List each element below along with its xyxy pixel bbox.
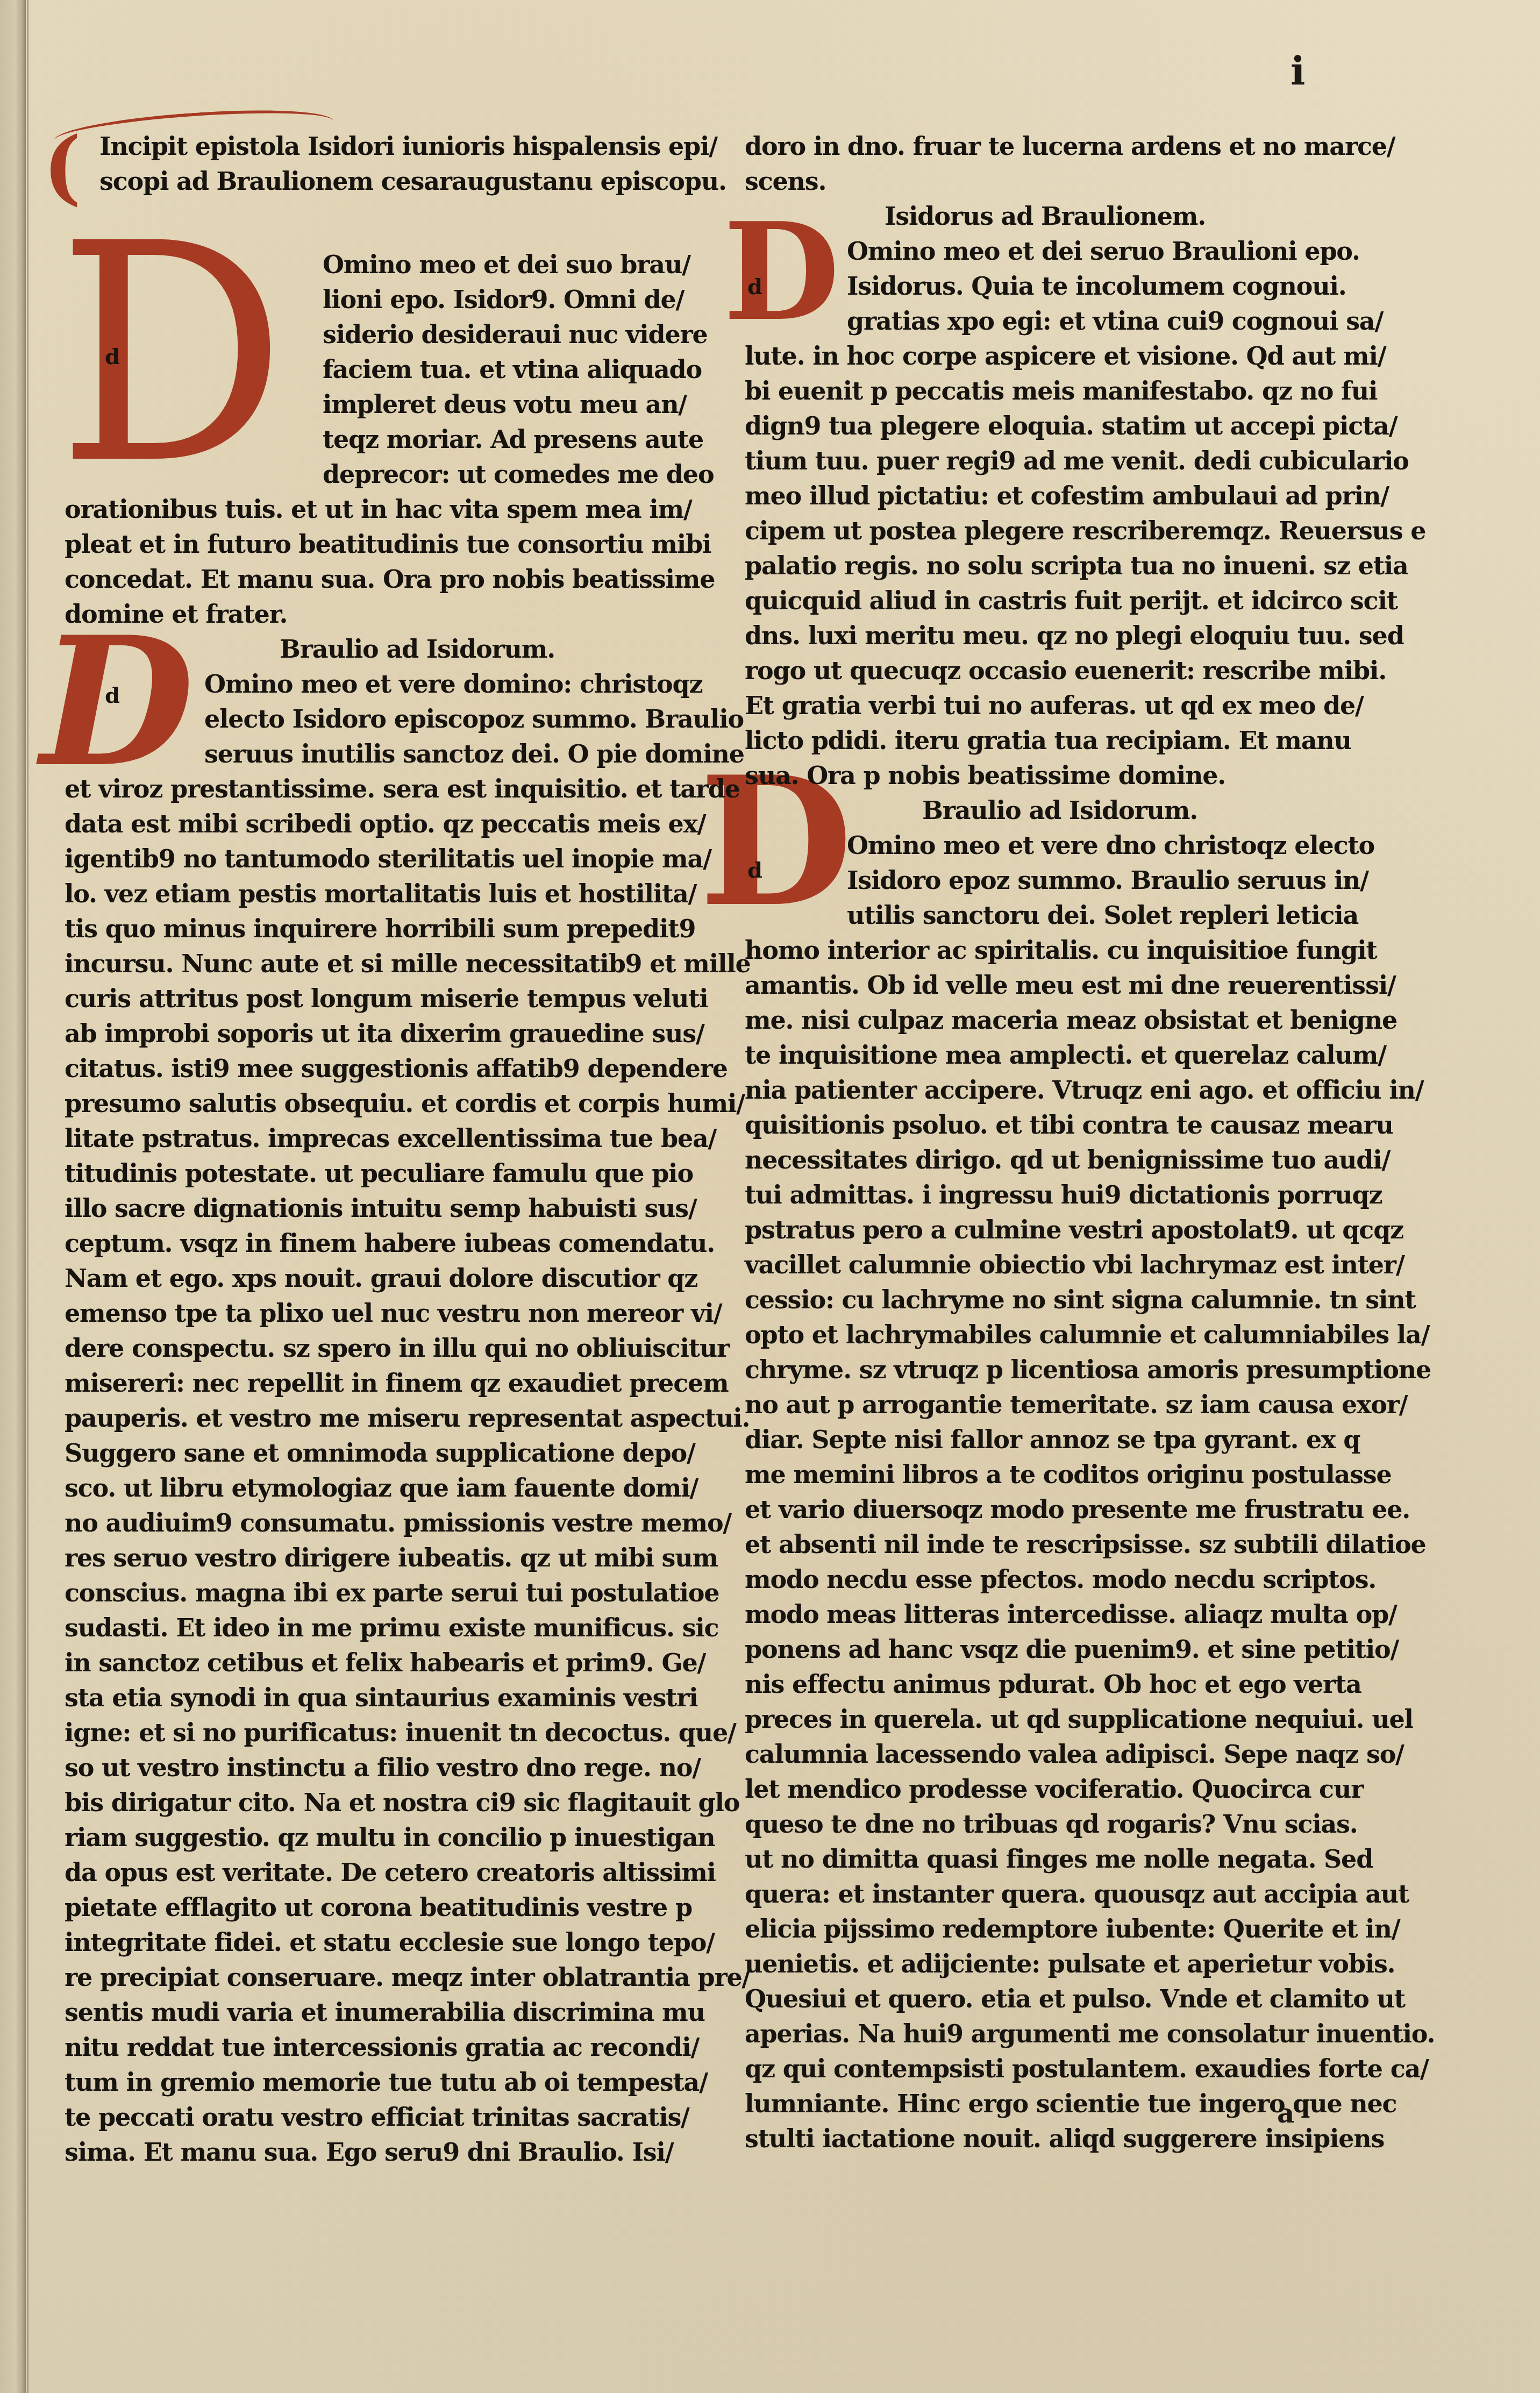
- text-line: dere conspectu. sz spero in illu qui no …: [32, 1331, 686, 1366]
- text-line: illo sacre dignationis intuitu semp habu…: [32, 1191, 686, 1226]
- text-line: presumo salutis obsequiu. et cordis et c…: [32, 1086, 686, 1121]
- text-line: sco. ut libru etymologiaz que iam fauent…: [32, 1471, 686, 1506]
- text-line: me. nisi culpaz maceria meaz obsistat et…: [745, 1003, 1309, 1038]
- text-line: tui admittas. i ingressu hui9 dictationi…: [745, 1178, 1309, 1213]
- text-line: ut no dimitta quasi finges me nolle nega…: [745, 1842, 1309, 1877]
- text-line: Et gratia verbi tui no auferas. ut qd ex…: [745, 688, 1309, 723]
- text-line: igentib9 no tantumodo sterilitatis uel i…: [32, 842, 686, 877]
- text-line: me memini libros a te coditos originu po…: [745, 1457, 1309, 1492]
- text-line: incursu. Nunc aute et si mille necessita…: [32, 946, 686, 981]
- text-line: cessio: cu lachryme no sint signa calumn…: [745, 1283, 1309, 1317]
- text-line: opto et lachrymabiles calumnie et calumn…: [745, 1317, 1309, 1352]
- incipit-line: scopi ad Braulionem cesaraugustanu episc…: [32, 164, 686, 199]
- text-line: sima. Et manu sua. Ego seru9 dni Braulio…: [32, 2135, 686, 2170]
- text-line: bis dirigatur cito. Na et nostra ci9 sic…: [32, 1785, 686, 1820]
- text-line: concedat. Et manu sua. Ora pro nobis bea…: [32, 562, 686, 597]
- text-line: nia patienter accipere. Vtruqz eni ago. …: [745, 1073, 1309, 1108]
- text-line: lo. vez etiam pestis mortalitatis luis e…: [32, 877, 686, 911]
- text-line: pauperis. et vestro me miseru representa…: [32, 1401, 686, 1436]
- text-line: ponens ad hanc vsqz die puenim9. et sine…: [745, 1632, 1309, 1667]
- text-line: et viroz prestantissime. sera est inquis…: [32, 772, 686, 807]
- text-line: Omino meo et dei suo brau/: [32, 247, 686, 282]
- text-line: doro in dno. fruar te lucerna ardens et …: [745, 129, 1309, 164]
- text-line: siderio desideraui nuc videre: [32, 317, 686, 352]
- text-line: seruus inutilis sanctoz dei. O pie domin…: [32, 737, 686, 772]
- text-line: sta etia synodi in qua sintaurius examin…: [32, 1680, 686, 1715]
- text-line: pleat et in futuro beatitudinis tue cons…: [32, 527, 686, 562]
- book-page: i ( D d D d D d D d Incipit epistola Isi…: [0, 0, 1540, 2393]
- text-line: re precipiat conseruare. meqz inter obla…: [32, 1960, 686, 1995]
- text-line: orationibus tuis. et ut in hac vita spem…: [32, 492, 686, 527]
- text-line: lioni epo. Isidor9. Omni de/: [32, 282, 686, 317]
- section-heading: Braulio ad Isidorum.: [32, 632, 686, 667]
- text-line: et absenti nil inde te rescripsisse. sz …: [745, 1527, 1309, 1562]
- text-line: stulti iactatione nouit. aliqd suggerere…: [745, 2121, 1309, 2156]
- text-line: te peccati oratu vestro efficiat trinita…: [32, 2100, 686, 2135]
- text-line: pstratus pero a culmine vestri apostolat…: [745, 1213, 1309, 1248]
- left-column: Incipit epistola Isidori iunioris hispal…: [32, 129, 686, 2170]
- text-line: electo Isidoro episcopoz summo. Braulio: [32, 702, 686, 737]
- text-line: modo necdu esse pfectos. modo necdu scri…: [745, 1562, 1309, 1597]
- text-line: elicia pijssimo redemptore iubente: Quer…: [745, 1912, 1309, 1947]
- text-line: homo interior ac spiritalis. cu inquisit…: [745, 933, 1309, 968]
- text-line: quicquid aliud in castris fuit perijt. e…: [745, 583, 1309, 618]
- text-line: sentis mudi varia et inumerabilia discri…: [32, 1995, 686, 2030]
- text-line: impleret deus votu meu an/: [32, 387, 686, 422]
- text-line: deprecor: ut comedes me deo: [32, 457, 686, 492]
- text-line: so ut vestro instinctu a filio vestro dn…: [32, 1750, 686, 1785]
- right-column: doro in dno. fruar te lucerna ardens et …: [745, 129, 1309, 2156]
- text-line: conscius. magna ibi ex parte serui tui p…: [32, 1576, 686, 1611]
- text-line: let mendico prodesse vociferatio. Quocir…: [745, 1772, 1309, 1807]
- text-line: tum in gremio memorie tue tutu ab oi tem…: [32, 2065, 686, 2100]
- text-line: modo meas litteras intercedisse. aliaqz …: [745, 1597, 1309, 1632]
- text-line: meo illud pictatiu: et cofestim ambulaui…: [745, 479, 1309, 514]
- text-line: no audiuim9 consumatu. pmissionis vestre…: [32, 1506, 686, 1541]
- text-line: Quesiui et quero. etia et pulso. Vnde et…: [745, 1982, 1309, 2017]
- text-line: amantis. Ob id velle meu est mi dne reue…: [745, 968, 1309, 1003]
- text-line: licto pdidi. iteru gratia tua recipiam. …: [745, 723, 1309, 758]
- text-line: curis attritus post longum miserie tempu…: [32, 981, 686, 1016]
- page-edge-line: [27, 0, 28, 2393]
- text-line: utilis sanctoru dei. Solet repleri letic…: [745, 898, 1309, 933]
- text-line: Isidorus. Quia te incolumem cognoui.: [745, 269, 1309, 304]
- text-line: preces in querela. ut qd supplicatione n…: [745, 1702, 1309, 1737]
- text-line: diar. Septe nisi fallor annoz se tpa gyr…: [745, 1422, 1309, 1457]
- text-line: calumnia lacessendo valea adipisci. Sepe…: [745, 1737, 1309, 1772]
- text-line: Omino meo et dei seruo Braulioni epo.: [745, 234, 1309, 269]
- text-line: misereri: nec repellit in finem qz exaud…: [32, 1366, 686, 1401]
- section-heading: Braulio ad Isidorum.: [745, 793, 1309, 828]
- quire-signature: a: [1277, 2097, 1294, 2129]
- text-line: data est mibi scribedi optio. qz peccati…: [32, 807, 686, 842]
- text-line: igne: et si no purificatus: inuenit tn d…: [32, 1715, 686, 1750]
- text-line: integritate fidei. et statu ecclesie sue…: [32, 1925, 686, 1960]
- text-line: Isidoro epoz summo. Braulio seruus in/: [745, 863, 1309, 898]
- text-line: rogo ut quecuqz occasio euenerit: rescri…: [745, 653, 1309, 688]
- text-line: Omino meo et vere dno christoqz electo: [745, 828, 1309, 863]
- text-line: ab improbi soporis ut ita dixerim graued…: [32, 1016, 686, 1051]
- text-line: titudinis potestate. ut peculiare famulu…: [32, 1156, 686, 1191]
- text-line: gratias xpo egi: et vtina cui9 cognoui s…: [745, 304, 1309, 339]
- text-line: nis effectu animus pdurat. Ob hoc et ego…: [745, 1667, 1309, 1702]
- section-heading: Isidorus ad Braulionem.: [745, 199, 1309, 234]
- text-line: queso te dne no tribuas qd rogaris? Vnu …: [745, 1807, 1309, 1842]
- text-line: domine et frater.: [32, 597, 686, 632]
- text-line: chryme. sz vtruqz p licentiosa amoris pr…: [745, 1352, 1309, 1387]
- text-line: scens.: [745, 164, 1309, 199]
- text-line: bi euenit p peccatis meis manifestabo. q…: [745, 374, 1309, 409]
- incipit: Incipit epistola Isidori iunioris hispal…: [32, 129, 686, 199]
- letter-braulio-to-isidore-2: Omino meo et vere dno christoqz electo I…: [745, 828, 1309, 2156]
- letter-braulio-to-isidore-1: Omino meo et vere domino: christoqz elec…: [32, 667, 686, 2170]
- text-line: litate pstratus. imprecas excellentissim…: [32, 1121, 686, 1156]
- text-line: cipem ut postea plegere rescriberemqz. R…: [745, 514, 1309, 549]
- text-line: faciem tua. et vtina aliquado: [32, 352, 686, 387]
- text-line: Nam et ego. xps nouit. graui dolore disc…: [32, 1261, 686, 1296]
- text-line: no aut p arrogantie temeritate. sz iam c…: [745, 1387, 1309, 1422]
- text-line: quera: et instanter quera. quousqz aut a…: [745, 1877, 1309, 1912]
- text-line: tium tuu. puer regi9 ad me venit. dedi c…: [745, 444, 1309, 479]
- text-line: Suggero sane et omnimoda supplicatione d…: [32, 1436, 686, 1471]
- letter-isidore-to-braulio: Omino meo et dei suo brau/ lioni epo. Is…: [32, 247, 686, 632]
- text-line: uenietis. et adijciente: pulsate et aper…: [745, 1947, 1309, 1982]
- text-line: in sanctoz cetibus et felix habearis et …: [32, 1646, 686, 1680]
- text-line: vacillet calumnie obiectio vbi lachrymaz…: [745, 1248, 1309, 1283]
- folio-number: i: [1291, 48, 1305, 94]
- text-line: nitu reddat tue intercessionis gratia ac…: [32, 2030, 686, 2065]
- text-line: et vario diuersoqz modo presente me frus…: [745, 1492, 1309, 1527]
- text-line: emenso tpe ta plixo uel nuc vestru non m…: [32, 1296, 686, 1331]
- incipit-line: Incipit epistola Isidori iunioris hispal…: [32, 129, 686, 164]
- text-line: Omino meo et vere domino: christoqz: [32, 667, 686, 702]
- text-line: sudasti. Et ideo in me primu existe muni…: [32, 1611, 686, 1646]
- text-line: dns. luxi meritu meu. qz no plegi eloqui…: [745, 618, 1309, 653]
- text-line: citatus. isti9 mee suggestionis affatib9…: [32, 1051, 686, 1086]
- text-line: da opus est veritate. De cetero creatori…: [32, 1855, 686, 1890]
- text-line: qz qui contempsisti postulantem. exaudie…: [745, 2052, 1309, 2086]
- letter-isidore-to-braulio-2: Omino meo et dei seruo Braulioni epo. Is…: [745, 234, 1309, 793]
- text-line: teqz moriar. Ad presens aute: [32, 422, 686, 457]
- text-line: ceptum. vsqz in finem habere iubeas come…: [32, 1226, 686, 1261]
- text-line: palatio regis. no solu scripta tua no in…: [745, 549, 1309, 583]
- text-line: lumniante. Hinc ergo scientie tue ingero…: [745, 2086, 1309, 2121]
- text-line: riam suggestio. qz multu in concilio p i…: [32, 1820, 686, 1855]
- text-line: pietate efflagito ut corona beatitudinis…: [32, 1890, 686, 1925]
- text-line: necessitates dirigo. qd ut benignissime …: [745, 1143, 1309, 1178]
- text-line: sua. Ora p nobis beatissime domine.: [745, 758, 1309, 793]
- text-line: tis quo minus inquirere horribili sum pr…: [32, 911, 686, 946]
- text-line: quisitionis psoluo. et tibi contra te ca…: [745, 1108, 1309, 1143]
- binding-gutter: [0, 0, 26, 2393]
- text-line: aperias. Na hui9 argumenti me consolatur…: [745, 2017, 1309, 2052]
- text-line: te inquisitione mea amplecti. et querela…: [745, 1038, 1309, 1073]
- text-line: res seruo vestro dirigere iubeatis. qz u…: [32, 1541, 686, 1576]
- text-line: lute. in hoc corpe aspicere et visione. …: [745, 339, 1309, 374]
- text-line: dign9 tua plegere eloquia. statim ut acc…: [745, 409, 1309, 444]
